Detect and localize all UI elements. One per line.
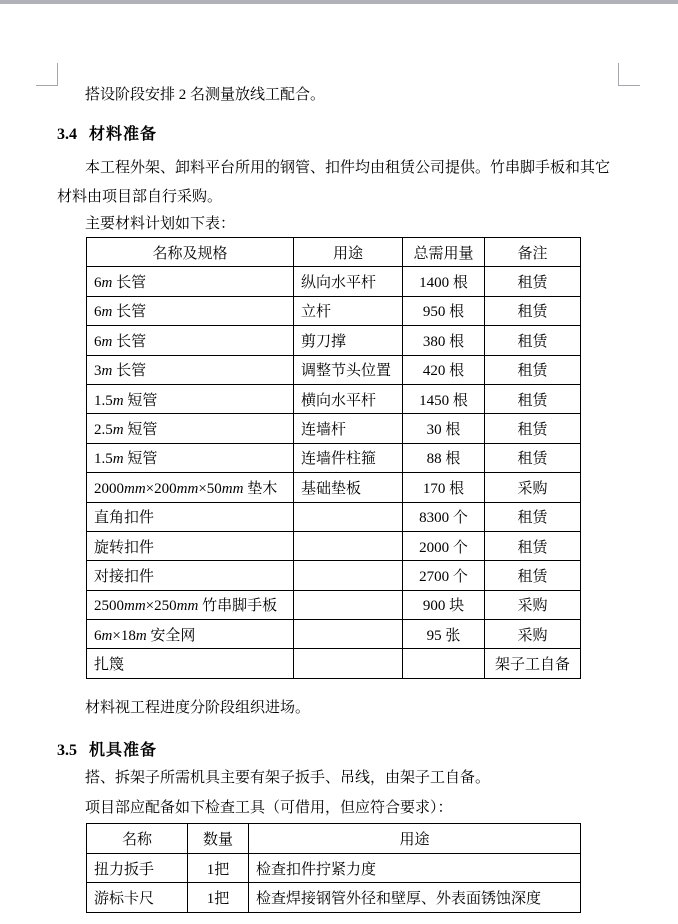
table-cell: 1.5m 短管 <box>87 384 294 413</box>
table-cell: 2.5m 短管 <box>87 414 294 443</box>
table-cell: 立杆 <box>294 296 403 325</box>
table-cell: 采购 <box>485 590 581 619</box>
table-cell: 租赁 <box>485 384 581 413</box>
table-row: 3m 长管调整节头位置420 根租赁 <box>87 355 581 384</box>
materials-note-paragraph: 材料视工程进度分阶段组织进场。 <box>85 699 310 718</box>
table-cell: 游标卡尺 <box>87 883 188 913</box>
table-cell: 30 根 <box>403 414 485 443</box>
materials-table: 名称及规格用途总需用量备注6m 长管纵向水平杆1400 根租赁6m 长管立杆95… <box>86 237 581 679</box>
table-row: 1.5m 短管横向水平杆1450 根租赁 <box>87 384 581 413</box>
table-row: 扎篾架子工自备 <box>87 649 581 678</box>
table-header-cell: 名称 <box>87 824 188 854</box>
table-cell: 剪刀撑 <box>294 326 403 355</box>
table-row: 6m×18m 安全网95 张采购 <box>87 620 581 649</box>
section-number: 3.4 <box>57 126 77 143</box>
table-row: 1.5m 短管连墙件柱箍88 根租赁 <box>87 443 581 472</box>
table-cell: 1把 <box>188 883 249 913</box>
table-header-cell: 数量 <box>188 824 249 854</box>
table-cell: 6m 长管 <box>87 267 294 296</box>
table-cell: 租赁 <box>485 296 581 325</box>
section-number: 3.5 <box>57 742 77 759</box>
tools-table: 名称数量用途扭力扳手1把检查扣件拧紧力度游标卡尺1把检查焊接钢管外径和壁厚、外表… <box>86 823 581 913</box>
table-cell: 租赁 <box>485 414 581 443</box>
table-row: 游标卡尺1把检查焊接钢管外径和壁厚、外表面锈蚀深度 <box>87 883 581 913</box>
document-page: 搭设阶段安排 2 名测量放线工配合。 3.4材料准备 本工程外架、卸料平台所用的… <box>0 0 678 924</box>
table-cell <box>294 502 403 531</box>
table-cell: 1.5m 短管 <box>87 443 294 472</box>
table-row: 2.5m 短管连墙杆30 根租赁 <box>87 414 581 443</box>
table-cell: 采购 <box>485 620 581 649</box>
table-cell: 1把 <box>188 853 249 883</box>
table-row: 旋转扣件2000 个租赁 <box>87 531 581 560</box>
table-cell: 架子工自备 <box>485 649 581 678</box>
table-row: 直角扣件8300 个租赁 <box>87 502 581 531</box>
table-cell: 1400 根 <box>403 267 485 296</box>
tools-table-caption: 项目部应配备如下检查工具（可借用，但应符合要求）： <box>85 799 453 818</box>
section-title: 机具准备 <box>89 742 157 759</box>
table-cell: 380 根 <box>403 326 485 355</box>
table-header-cell: 名称及规格 <box>87 238 294 267</box>
table-row: 2500mm×250mm 竹串脚手板900 块采购 <box>87 590 581 619</box>
table-header-cell: 总需用量 <box>403 238 485 267</box>
table-cell: 950 根 <box>403 296 485 325</box>
table-cell: 租赁 <box>485 502 581 531</box>
materials-table-caption: 主要材料计划如下表： <box>85 215 235 234</box>
table-cell: 检查扣件拧紧力度 <box>249 853 581 883</box>
table-cell: 横向水平杆 <box>294 384 403 413</box>
table-cell: 旋转扣件 <box>87 531 294 560</box>
margin-mark-top-right <box>618 63 640 86</box>
table-cell: 连墙件柱箍 <box>294 443 403 472</box>
table-header-cell: 备注 <box>485 238 581 267</box>
table-header-row: 名称及规格用途总需用量备注 <box>87 238 581 267</box>
tools-intro-paragraph: 搭、拆架子所需机具主要有架子扳手、吊线，由架子工自备。 <box>85 769 490 788</box>
table-row: 2000mm×200mm×50mm 垫木基础垫板170 根采购 <box>87 473 581 502</box>
section-title: 材料准备 <box>89 126 157 143</box>
table-row: 6m 长管剪刀撑380 根租赁 <box>87 326 581 355</box>
table-header-cell: 用途 <box>294 238 403 267</box>
table-cell: 95 张 <box>403 620 485 649</box>
table-cell: 900 块 <box>403 590 485 619</box>
table-cell: 基础垫板 <box>294 473 403 502</box>
table-cell: 扭力扳手 <box>87 853 188 883</box>
table-cell: 8300 个 <box>403 502 485 531</box>
table-cell: 1450 根 <box>403 384 485 413</box>
table-cell <box>294 590 403 619</box>
table-row: 对接扣件2700 个租赁 <box>87 561 581 590</box>
section-heading-3-4: 3.4材料准备 <box>57 121 157 144</box>
table-cell: 检查焊接钢管外径和壁厚、外表面锈蚀深度 <box>249 883 581 913</box>
table-cell: 对接扣件 <box>87 561 294 590</box>
table-cell: 扎篾 <box>87 649 294 678</box>
table-cell: 采购 <box>485 473 581 502</box>
table-cell: 租赁 <box>485 355 581 384</box>
table-cell: 6m×18m 安全网 <box>87 620 294 649</box>
table-cell: 2500mm×250mm 竹串脚手板 <box>87 590 294 619</box>
table-cell: 170 根 <box>403 473 485 502</box>
table-row: 扭力扳手1把检查扣件拧紧力度 <box>87 853 581 883</box>
table-cell: 租赁 <box>485 561 581 590</box>
materials-intro-paragraph: 本工程外架、卸料平台所用的钢管、扣件均由租赁公司提供。竹串脚手板和其它材料由项目… <box>57 154 618 211</box>
intro-paragraph: 搭设阶段安排 2 名测量放线工配合。 <box>85 86 325 105</box>
table-cell <box>403 649 485 678</box>
table-cell: 2000 个 <box>403 531 485 560</box>
table-cell: 6m 长管 <box>87 326 294 355</box>
table-cell: 直角扣件 <box>87 502 294 531</box>
table-cell: 租赁 <box>485 531 581 560</box>
table-row: 6m 长管立杆950 根租赁 <box>87 296 581 325</box>
table-cell: 88 根 <box>403 443 485 472</box>
table-cell: 3m 长管 <box>87 355 294 384</box>
table-cell: 连墙杆 <box>294 414 403 443</box>
table-cell: 420 根 <box>403 355 485 384</box>
table-cell: 2000mm×200mm×50mm 垫木 <box>87 473 294 502</box>
table-cell: 2700 个 <box>403 561 485 590</box>
table-cell <box>294 531 403 560</box>
table-cell: 纵向水平杆 <box>294 267 403 296</box>
table-cell: 调整节头位置 <box>294 355 403 384</box>
table-cell: 租赁 <box>485 443 581 472</box>
window-top-border <box>0 0 678 4</box>
table-cell <box>294 620 403 649</box>
table-cell: 租赁 <box>485 267 581 296</box>
table-cell: 6m 长管 <box>87 296 294 325</box>
table-cell <box>294 649 403 678</box>
table-row: 6m 长管纵向水平杆1400 根租赁 <box>87 267 581 296</box>
table-cell <box>294 561 403 590</box>
table-header-row: 名称数量用途 <box>87 824 581 854</box>
margin-mark-top-left <box>36 63 58 86</box>
table-cell: 租赁 <box>485 326 581 355</box>
section-heading-3-5: 3.5机具准备 <box>57 737 157 760</box>
table-header-cell: 用途 <box>249 824 581 854</box>
